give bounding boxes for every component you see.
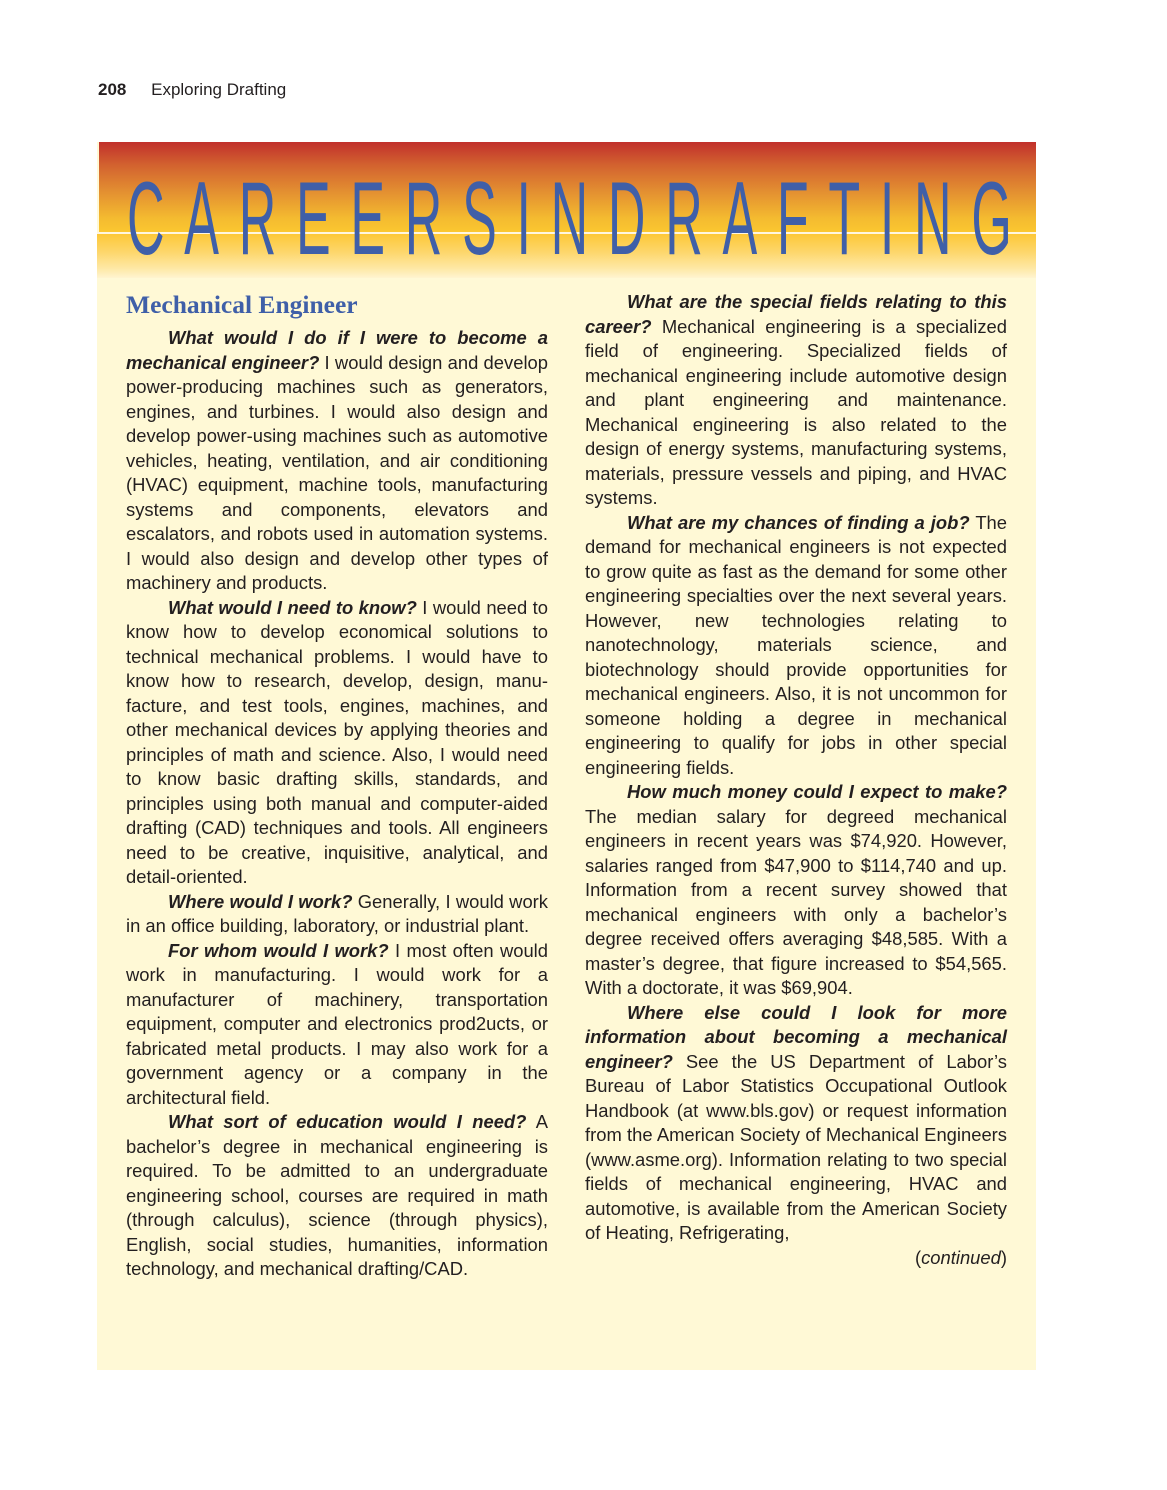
- continued-word: continued: [921, 1247, 1001, 1268]
- banner-letter: R: [239, 168, 277, 272]
- answer: The median salary for degreed mechanical…: [585, 806, 1007, 999]
- continued-note: (continued): [585, 1246, 1007, 1271]
- banner-letter: D: [608, 168, 646, 272]
- article-title: Mechanical Engineer: [126, 290, 548, 320]
- banner-letter: G: [971, 168, 1011, 272]
- page-number: 208: [98, 80, 126, 99]
- banner-letter: I: [880, 168, 894, 272]
- answer: I most often would work in manufacturing…: [126, 940, 548, 1108]
- banner-letter: S: [462, 168, 497, 272]
- banner-letter: N: [551, 168, 589, 272]
- question: How much money could I expect to make?: [627, 781, 1007, 802]
- banner-letter: E: [296, 168, 331, 272]
- question: What are my chances of finding a job?: [627, 512, 970, 533]
- qa-paragraph: How much money could I expect to make? T…: [585, 780, 1007, 1001]
- answer: Mechanical engineering is a specialized …: [585, 316, 1007, 509]
- careers-sidebar-box: C A R E E R S I N D R A F T I N G Mechan…: [97, 142, 1036, 1370]
- banner-letter: I: [516, 168, 530, 272]
- right-column: What are the special fields relating to …: [585, 290, 1007, 1270]
- answer: A bachelor’s degree in mechanical engine…: [126, 1111, 548, 1279]
- banner-letter: A: [184, 168, 219, 272]
- banner-letter: A: [722, 168, 757, 272]
- qa-paragraph: What would I do if I were to become a me…: [126, 326, 548, 596]
- qa-paragraph: What would I need to know? I would need …: [126, 596, 548, 890]
- banner-letter: E: [350, 168, 385, 272]
- answer: I would need to know how to develop econ…: [126, 597, 548, 888]
- book-title: Exploring Drafting: [151, 80, 286, 99]
- qa-paragraph: What sort of education would I need? A b…: [126, 1110, 548, 1282]
- running-head: 208 Exploring Drafting: [98, 80, 286, 100]
- qa-paragraph: Where else could I look for more informa…: [585, 1001, 1007, 1246]
- qa-paragraph: What are my chances of finding a job? Th…: [585, 511, 1007, 781]
- banner-letter: T: [828, 168, 860, 272]
- question: What would I need to know?: [168, 597, 417, 618]
- banner-letter: R: [405, 168, 443, 272]
- qa-paragraph: For whom would I work? I most often woul…: [126, 939, 548, 1111]
- answer: See the US Department of Labor’s Bureau …: [585, 1051, 1007, 1244]
- question: What sort of education would I need?: [168, 1111, 526, 1132]
- question: Where would I work?: [168, 891, 352, 912]
- banner-letter: N: [914, 168, 952, 272]
- question: For whom would I work?: [168, 940, 389, 961]
- banner-letter: F: [777, 168, 809, 272]
- left-column: Mechanical Engineer What would I do if I…: [126, 290, 548, 1282]
- answer: The demand for mechanical engi­neers is …: [585, 512, 1007, 778]
- qa-paragraph: Where would I work? Generally, I would w…: [126, 890, 548, 939]
- banner-letter: C: [127, 168, 165, 272]
- answer: I would design and develop power-produci…: [126, 352, 548, 594]
- banner-letter: R: [665, 168, 703, 272]
- qa-paragraph: What are the special fields relating to …: [585, 290, 1007, 511]
- banner-title: C A R E E R S I N D R A F T I N G: [127, 168, 1012, 272]
